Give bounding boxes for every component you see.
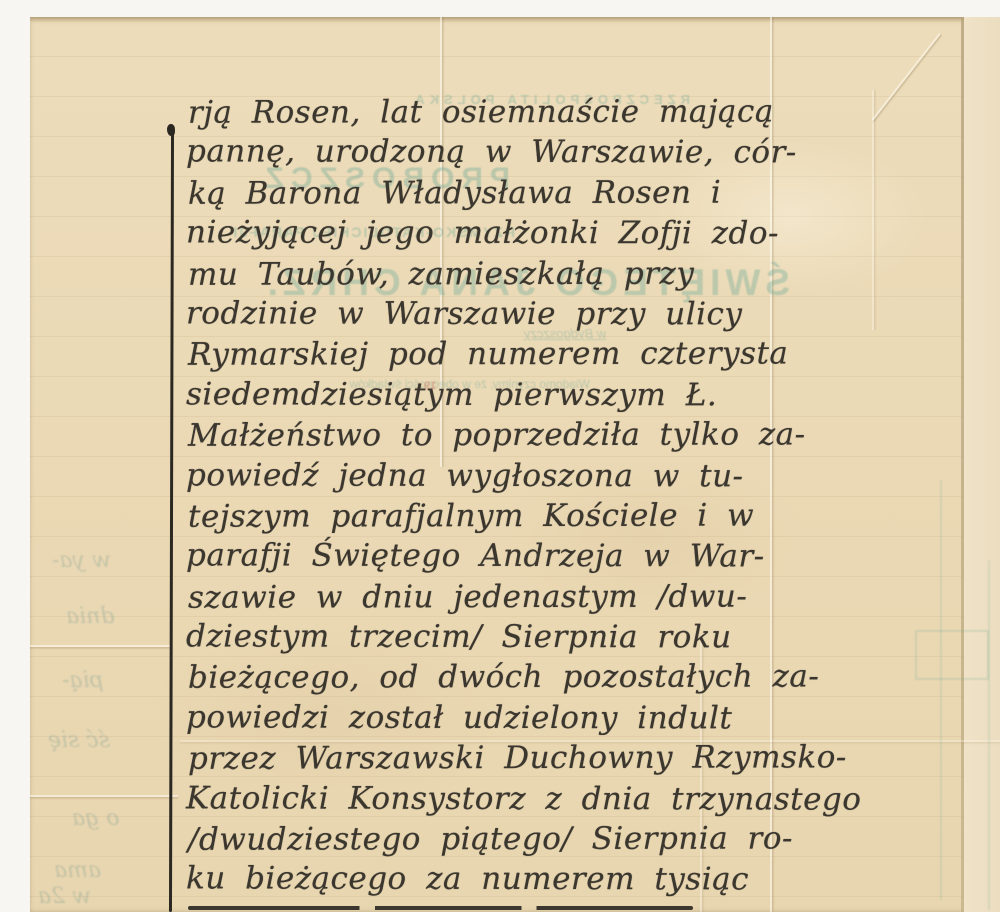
manuscript-line: przez Warszawski Duchowny Rzymsko- bbox=[188, 738, 892, 780]
manuscript-line: Katolicki Konsystorz z dnia trzynastego bbox=[186, 778, 892, 820]
manuscript-line: Rymarskiej pod numerem czterysta bbox=[188, 334, 892, 376]
manuscript-line: powiedź jedna wygłoszona w tu- bbox=[186, 455, 892, 497]
manuscript-line: tejszym parafjalnym Kościele i w bbox=[188, 495, 892, 537]
cutoff-next-line-stroke bbox=[188, 906, 693, 910]
manuscript-line: ku bieżącego za numerem tysiąc bbox=[186, 859, 892, 901]
fold-crease-left-1 bbox=[30, 645, 172, 647]
manuscript-line: dziestym trzecim/ Sierpnia roku bbox=[186, 616, 892, 658]
fold-crease-left-2 bbox=[30, 795, 178, 797]
manuscript-line: siedemdziesiątym pierwszym Ł. bbox=[186, 374, 892, 416]
bleed-table-rule-2 bbox=[988, 560, 990, 910]
manuscript-line: bieżącego, od dwóch pozostałych za- bbox=[188, 657, 892, 699]
bleed-table-rule-1 bbox=[940, 480, 942, 900]
bleed-handwriting-fragment: o ga bbox=[72, 806, 119, 831]
bleed-handwriting-fragment: w 2a bbox=[38, 884, 91, 909]
manuscript-line: powiedzi został udzielony indult bbox=[186, 697, 892, 739]
manuscript-line: pannę, urodzoną w Warszawie, cór- bbox=[186, 132, 892, 174]
manuscript-line: /dwudziestego piątego/ Sierpnia ro- bbox=[188, 818, 892, 860]
bleed-handwriting-fragment: pią- bbox=[62, 668, 104, 693]
manuscript-line: Małżeństwo to poprzedziła tylko za- bbox=[188, 414, 892, 456]
manuscript-line: rją Rosen, lat osiemnaście mającą bbox=[188, 91, 892, 133]
bleed-table-box bbox=[915, 630, 989, 680]
bleed-handwriting-fragment: ama bbox=[54, 858, 101, 883]
underlying-page-strip bbox=[964, 17, 1000, 912]
manuscript-line: nieżyjącej jego małżonki Zofji zdo- bbox=[186, 213, 892, 255]
scanned-document-page: RZECZPOSPOLITA POLSKA PROBOSZCZ RZYMSKO-… bbox=[0, 0, 1000, 912]
manuscript-line: mu Taubów, zamieszkałą przy bbox=[188, 253, 892, 295]
bleed-handwriting-fragment: w ya- bbox=[52, 548, 111, 573]
manuscript-line: rodzinie w Warszawie przy ulicy bbox=[186, 293, 892, 335]
manuscript-line: parafji Świętego Andrzeja w War- bbox=[186, 536, 892, 578]
manuscript-line: szawie w dniu jedenastym /dwu- bbox=[188, 576, 892, 618]
manuscript-line: ką Barona Władysława Rosen i bbox=[188, 172, 892, 214]
bleed-handwriting-fragment: dnia bbox=[66, 604, 114, 629]
manuscript-text-block: rją Rosen, lat osiemnaście mającą pannę,… bbox=[186, 92, 892, 900]
bleed-handwriting-fragment: ść się bbox=[48, 728, 110, 753]
